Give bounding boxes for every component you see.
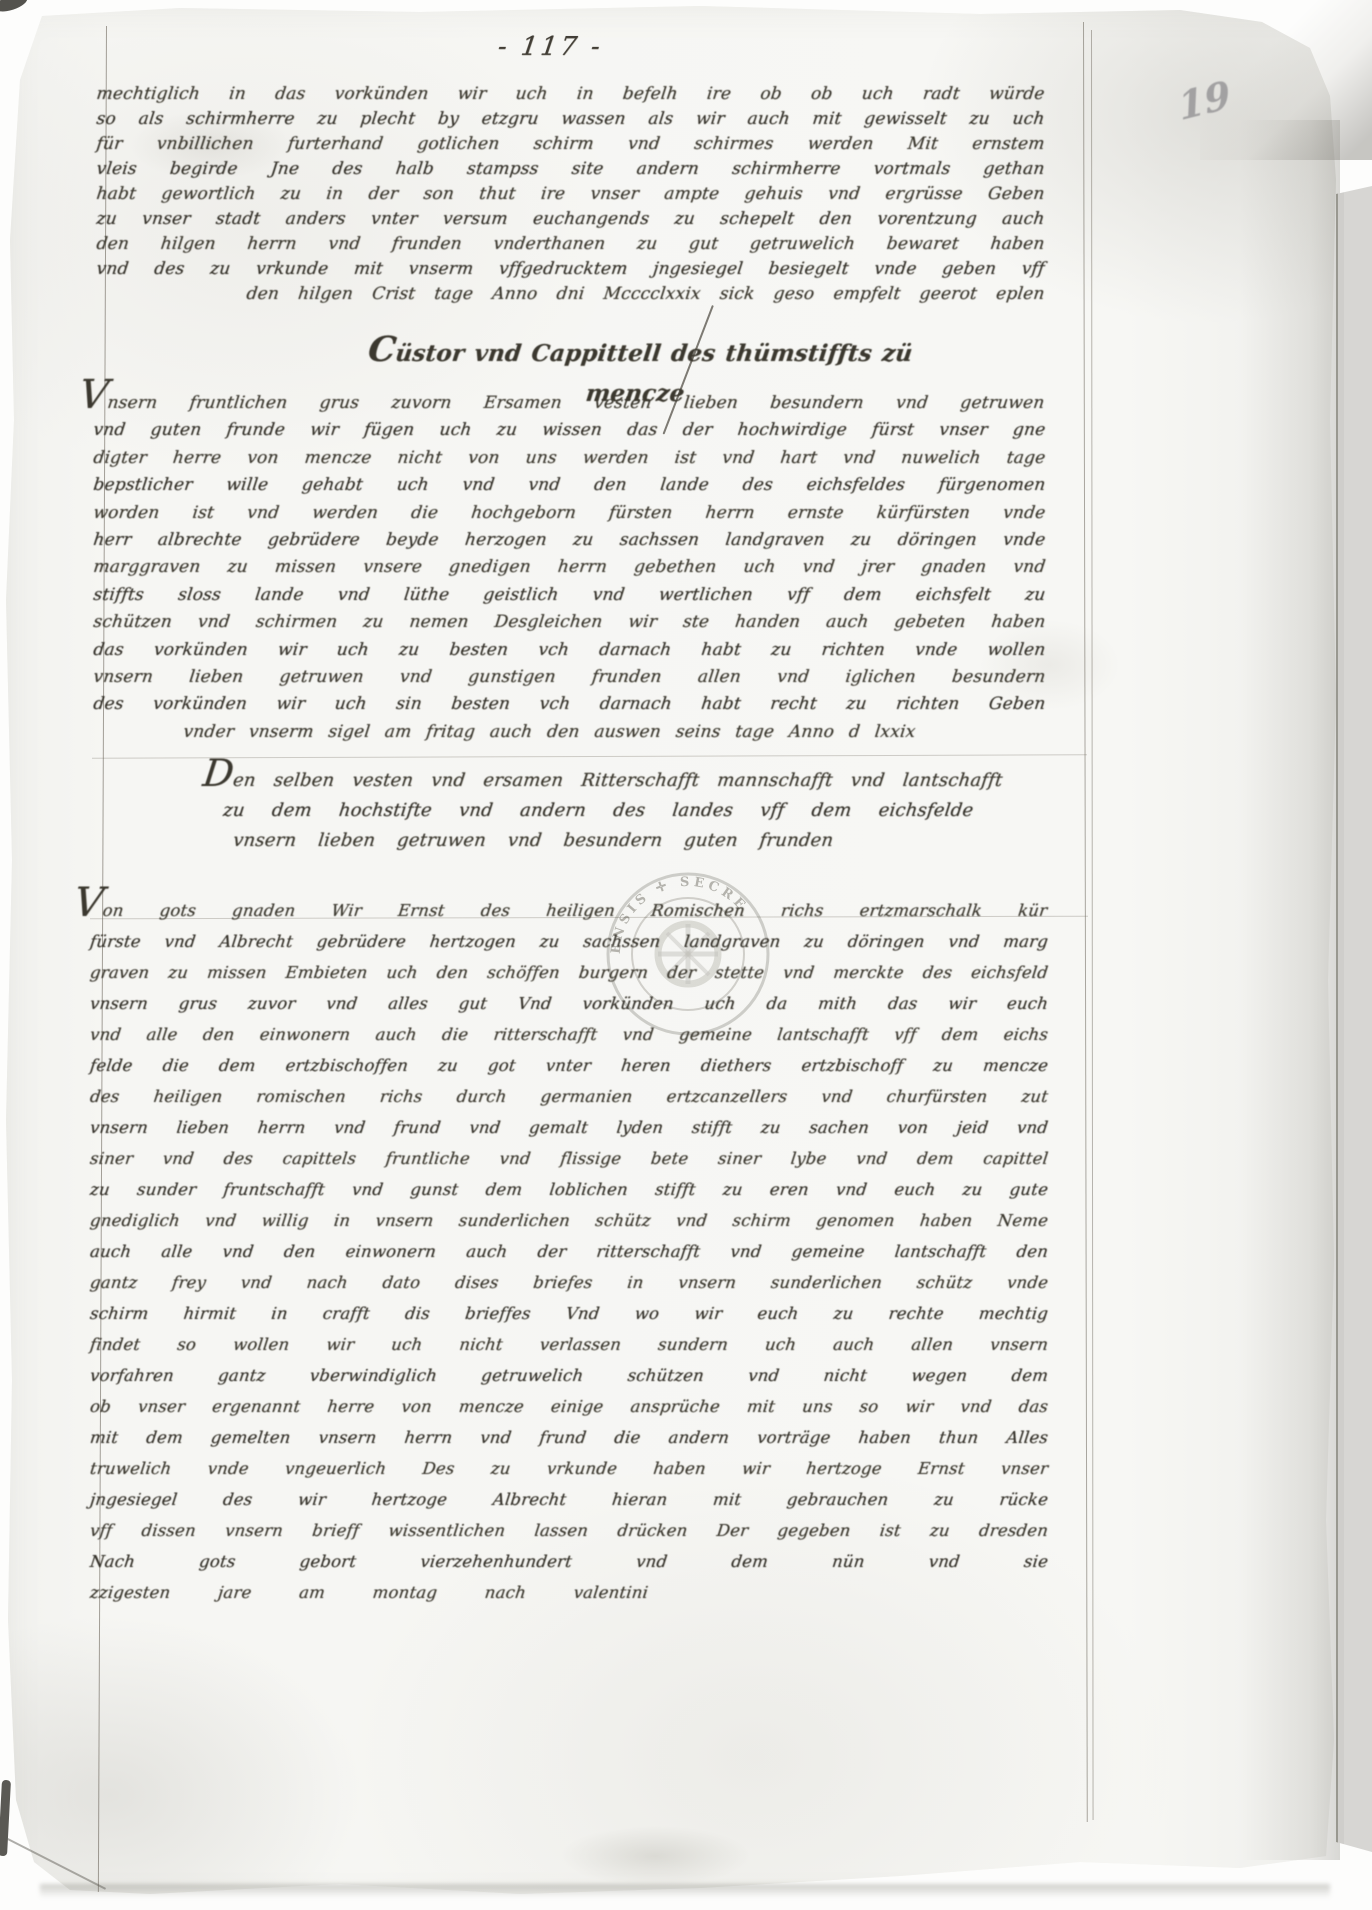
paragraph-3: Von gots gnaden Wir Ernst des heiligen R… (92, 888, 1050, 1608)
manuscript-line: auch alle vnd den einwonern auch der rit… (88, 1236, 1050, 1267)
manuscript-line: worden ist vnd werden die hochgeborn für… (92, 500, 1047, 527)
manuscript-line: siner vnd des capittels fruntliche vnd f… (88, 1143, 1050, 1174)
manuscript-line: Von gots gnaden Wir Ernst des heiligen R… (87, 888, 1050, 926)
page-bottom-shadow (40, 1884, 1330, 1898)
manuscript-line: vleis begirde Jne des halb stampss site … (95, 157, 1046, 182)
manuscript-line: graven zu missen Embieten uch den schöff… (88, 957, 1050, 988)
manuscript-line: vnd guten frunde wir fügen uch zu wissen… (92, 417, 1047, 444)
page-number: - 117 - (496, 32, 605, 62)
manuscript-line: habt gewortlich zu in der son thut ire v… (95, 182, 1046, 207)
manuscript-line: schirm hirmit in crafft dis brieffes Vnd… (88, 1298, 1050, 1329)
manuscript-line: marggraven zu missen vnsere gnedigen her… (92, 554, 1047, 581)
manuscript-line: des vorkünden wir uch sin besten vch dar… (92, 691, 1047, 718)
manuscript-line: zu vnser stadt anders vnter versum eucha… (95, 207, 1046, 232)
right-deckle-edge (1240, 120, 1340, 1860)
manuscript-line: felde die dem ertzbischoffen zu got vnte… (88, 1050, 1050, 1081)
manuscript-line: vnsern lieben getruwen vnd gunstigen fru… (92, 664, 1047, 691)
manuscript-line: ob vnser ergenannt herre von mencze eini… (88, 1391, 1050, 1422)
top-left-edge-mark (0, 0, 29, 15)
manuscript-line: bepstlicher wille gehabt uch vnd vnd den… (92, 472, 1047, 499)
manuscript-line: zu dem hochstifte vnd andern des landes … (201, 796, 1005, 826)
manuscript-line: den hilgen Crist tage Anno dni Mcccclxxi… (95, 282, 1046, 307)
manuscript-line: digter herre von mencze nicht von uns we… (92, 445, 1047, 472)
manuscript-line: vnsern lieben herrn vnd frund vnd gemalt… (88, 1112, 1050, 1143)
manuscript-line: Vnsern fruntlichen grus zuvorn Ersamen v… (91, 382, 1047, 417)
paragraph-1: mechtiglich in das vorkünden wir uch in … (98, 82, 1046, 307)
manuscript-line: fürste vnd Albrecht gebrüdere hertzogen … (88, 926, 1050, 957)
manuscript-line: gantz frey vnd nach dato dises briefes i… (88, 1267, 1050, 1298)
manuscript-line: vnd alle den einwonern auch die rittersc… (88, 1019, 1050, 1050)
left-edge-mark (0, 1780, 11, 1856)
adjacent-page-edge (1336, 186, 1372, 1852)
manuscript-line: für vnbillichen furterhand gotlichen sch… (95, 132, 1046, 157)
manuscript-line: findet so wollen wir uch nicht verlassen… (88, 1329, 1050, 1360)
manuscript-line: den hilgen herrn vnd frunden vnderthanen… (95, 232, 1046, 257)
manuscript-line: des heiligen romischen richs durch germa… (88, 1081, 1050, 1112)
manuscript-line: herr albrechte gebrüdere beyde herzogen … (92, 527, 1047, 554)
manuscript-line: Nach gots gebort vierzehenhundert vnd de… (88, 1546, 1050, 1577)
manuscript-line: truwelich vnde vngeuerlich Des zu vrkund… (88, 1453, 1050, 1484)
manuscript-line: vorfahren gantz vberwindiglich getruweli… (88, 1360, 1050, 1391)
manuscript-line: vff dissen vnsern brieff wissentlichen l… (88, 1515, 1050, 1546)
manuscript-line: vnsern lieben getruwen vnd besundern gut… (201, 826, 1005, 856)
manuscript-line: vnd des zu vrkunde mit vnserm vffgedruck… (95, 257, 1046, 282)
manuscript-line: jngesiegel des wir hertzoge Albrecht hie… (88, 1484, 1050, 1515)
manuscript-line: das vorkünden wir uch zu besten vch darn… (92, 637, 1047, 664)
manuscript-line: gnediglich vnd willig in vnsern sunderli… (88, 1205, 1050, 1236)
address-block: Den selben vesten vnd ersamen Ritterscha… (205, 760, 1005, 856)
manuscript-line: zu sunder fruntschafft vnd gunst dem lob… (88, 1174, 1050, 1205)
manuscript-line: mit dem gemelten vnsern herrn vnd frund … (88, 1422, 1050, 1453)
manuscript-line: mechtiglich in das vorkünden wir uch in … (95, 82, 1046, 107)
manuscript-line: vnder vnserm sigel am fritag auch den au… (92, 719, 1047, 746)
manuscript-line: zzigesten jare am montag nach valentini (88, 1577, 1050, 1608)
manuscript-line: so als schirmherre zu plecht by etzgru w… (95, 107, 1046, 132)
manuscript-line: Den selben vesten vnd ersamen Ritterscha… (201, 760, 1005, 796)
manuscript-line: schützen vnd schirmen zu nemen Desgleich… (92, 609, 1047, 636)
manuscript-line: stiffts sloss lande vnd lüthe geistlich … (92, 582, 1047, 609)
paragraph-2: Vnsern fruntlichen grus zuvorn Ersamen v… (95, 382, 1047, 746)
manuscript-line: vnsern grus zuvor vnd alles gut Vnd vork… (88, 988, 1050, 1019)
manuscript-scan: ENSIS ✛ SECRE - 117 - 19 mechtiglich in … (0, 0, 1372, 1910)
